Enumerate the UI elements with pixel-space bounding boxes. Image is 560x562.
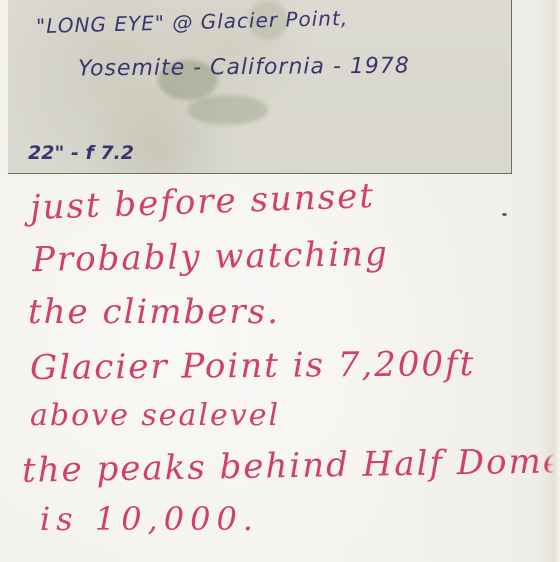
pasted-label: "LONG EYE" @ Glacier Point, Yosemite - C… xyxy=(8,0,512,174)
note-line: is 10,000. xyxy=(40,500,259,538)
note-line: the peaks behind Half Dome xyxy=(22,441,560,490)
speck xyxy=(502,213,507,216)
note-line: above sealevel xyxy=(30,398,280,433)
note-line: just before sunset xyxy=(29,176,375,228)
note-line: Glacier Point is 7,200ft xyxy=(30,344,476,388)
label-title: "LONG EYE" @ Glacier Point, xyxy=(36,6,349,38)
label-exposure: 22" - f 7.2 xyxy=(28,142,134,164)
paper-edge xyxy=(546,0,560,562)
photo-back: "LONG EYE" @ Glacier Point, Yosemite - C… xyxy=(0,0,560,562)
note-line: the climbers. xyxy=(28,292,280,332)
stain xyxy=(188,95,268,125)
label-location: Yosemite - California - 1978 xyxy=(78,54,410,82)
note-line: Probably watching xyxy=(32,234,389,280)
